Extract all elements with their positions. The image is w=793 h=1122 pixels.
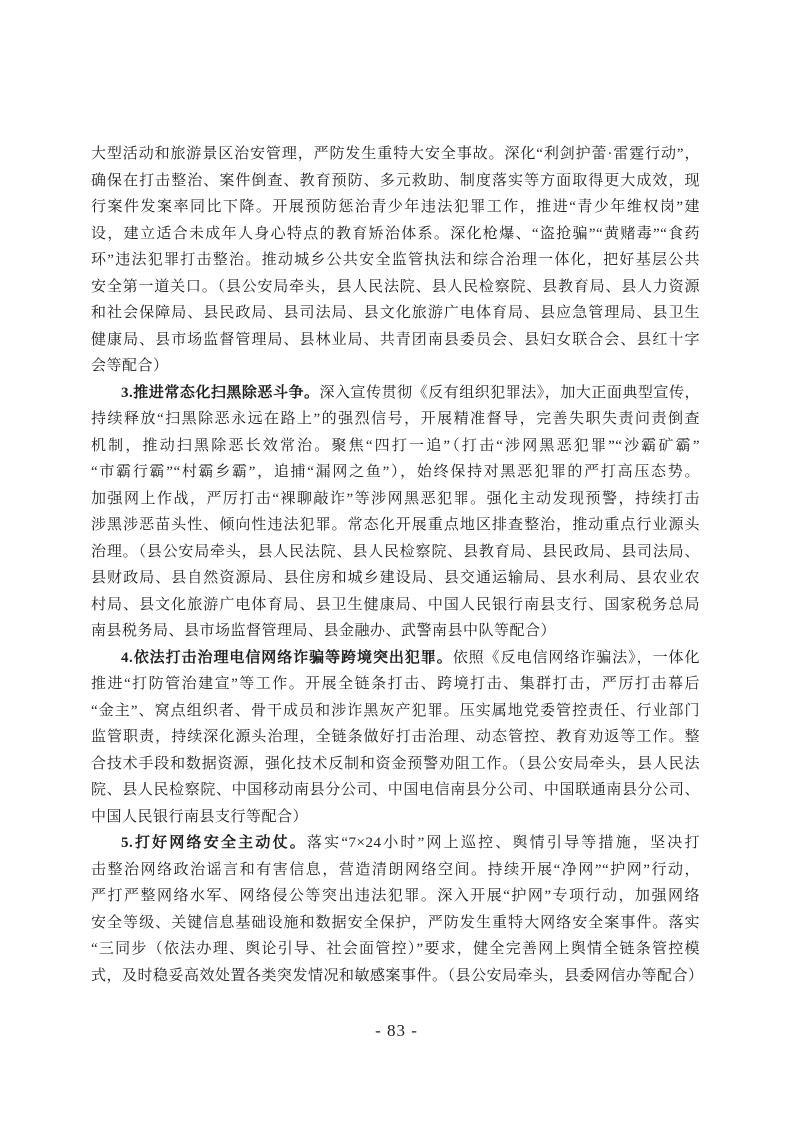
text-line: 严打严整网络水军、网络侵公等突出违法犯罪。深入开展“护网”专项行动，加强网络	[91, 883, 700, 910]
text-segment: 加强网上作战，严厉打击“裸聊敲诈”等涉网黑恶犯罪。强化主动发现预警，持续打击	[91, 491, 700, 507]
text-segment: “市霸行霸”“村霸乡霸”，追捕“漏网之鱼”），始终保持对黑恶犯罪的严打高压态势。	[91, 464, 700, 480]
text-line: 4.依法打击治理电信网络诈骗等跨境突出犯罪。依照《反电信网络诈骗法》，一体化	[91, 645, 700, 672]
text-segment: 合技术手段和数据资源，强化技术反制和资金预警劝阻工作。（县公安局牵头，县人民法	[91, 756, 700, 772]
text-line: 安全第一道关口。（县公安局牵头，县人民法院、县人民检察院、县教育局、县人力资源	[91, 274, 700, 301]
text-line: 和社会保障局、县民政局、县司法局、县文化旅游广电体育局、县应急管理局、县卫生	[91, 300, 700, 327]
text-segment: 持续释放“扫黑除恶永远在路上”的强烈信号，开展精准督导，完善失职失责问责倒查	[91, 411, 700, 427]
text-segment: 环”违法犯罪打击整治。推动城乡公共安全监管执法和综合治理一体化，把好基层公共	[91, 252, 700, 268]
text-line: 式，及时稳妥高效处置各类突发情况和敏感案事件。（县公安局牵头，县委网信办等配合）	[91, 963, 700, 990]
text-segment: 健康局、县市场监督管理局、县林业局、共青团南县委员会、县妇女联合会、县红十字	[91, 332, 700, 348]
text-segment: 严打严整网络水军、网络侵公等突出违法犯罪。深入开展“护网”专项行动，加强网络	[91, 888, 700, 904]
text-segment: 监管职责，持续深化源头治理，全链条做好打击治理、动态管控、教育劝返等工作。整	[91, 729, 700, 745]
text-line: 设，建立适合未成年人身心特点的教育矫治体系。深化枪爆、“盗抢骗”“黄赌毒”“食药	[91, 221, 700, 248]
text-segment: 确保在打击整治、案件倒查、教育预防、多元救助、制度落实等方面取得更大成效，现	[91, 173, 700, 189]
text-segment: “金主”、窝点组织者、骨干成员和涉诈黑灰产犯罪。压实属地党委管控责任、行业部门	[91, 703, 700, 719]
text-segment: 深入宣传贯彻《反有组织犯罪法》，加大正面典型宣传，	[320, 385, 700, 401]
text-segment: 会等配合）	[91, 358, 169, 374]
text-line: 机制，推动扫黑除恶长效常治。聚焦“四打一追”（打击“涉网黑恶犯罪”“沙霸矿霸”	[91, 433, 700, 460]
text-line: 3.推进常态化扫黑除恶斗争。深入宣传贯彻《反有组织犯罪法》，加大正面典型宣传，	[91, 380, 700, 407]
text-line: 加强网上作战，严厉打击“裸聊敲诈”等涉网黑恶犯罪。强化主动发现预警，持续打击	[91, 486, 700, 513]
text-line: 会等配合）	[91, 353, 700, 380]
text-segment: 机制，推动扫黑除恶长效常治。聚焦“四打一追”（打击“涉网黑恶犯罪”“沙霸矿霸”	[91, 438, 700, 454]
text-line: 安全等级、关键信息基础设施和数据安全保护，严防发生重特大网络安全案事件。落实	[91, 910, 700, 937]
text-segment: 涉黑涉恶苗头性、倾向性违法犯罪。常态化开展重点地区排查整治，推动重点行业源头	[91, 517, 700, 533]
text-segment: “三同步（依法办理、舆论引导、社会面管控）”要求，健全完善网上舆情全链条管控模	[91, 941, 700, 957]
text-segment: 南县税务局、县市场监督管理局、县金融办、武警南县中队等配合）	[91, 623, 556, 639]
text-line: 推进“打防管治建宣”等工作。开展全链条打击、跨境打击、集群打击，严厉打击幕后	[91, 671, 700, 698]
text-line: 5.打好网络安全主动仗。落实“7×24小时”网上巡控、舆情引导等措施，坚决打	[91, 830, 700, 857]
text-segment: 村局、县文化旅游广电体育局、县卫生健康局、中国人民银行南县支行、国家税务总局	[91, 597, 700, 613]
text-segment: 县财政局、县自然资源局、县住房和城乡建设局、县交通运输局、县水利局、县农业农	[91, 570, 700, 586]
text-segment: 和社会保障局、县民政局、县司法局、县文化旅游广电体育局、县应急管理局、县卫生	[91, 305, 700, 321]
text-line: 持续释放“扫黑除恶永远在路上”的强烈信号，开展精准督导，完善失职失责问责倒查	[91, 406, 700, 433]
text-segment: 依照《反电信网络诈骗法》，一体化	[453, 650, 700, 666]
text-line: 中国人民银行南县支行等配合）	[91, 804, 700, 831]
text-segment: 院、县人民检察院、中国移动南县分公司、中国电信南县分公司、中国联通南县分公司、	[91, 782, 700, 798]
text-segment: 安全等级、关键信息基础设施和数据安全保护，严防发生重特大网络安全案事件。落实	[91, 915, 700, 931]
text-line: 村局、县文化旅游广电体育局、县卫生健康局、中国人民银行南县支行、国家税务总局	[91, 592, 700, 619]
text-segment: 落实“7×24小时”网上巡控、舆情引导等措施，坚决打	[307, 835, 700, 851]
text-line: 健康局、县市场监督管理局、县林业局、共青团南县委员会、县妇女联合会、县红十字	[91, 327, 700, 354]
document-page: 大型活动和旅游景区治安管理，严防发生重特大安全事故。深化“利剑护蕾·雷霆行动”，…	[0, 0, 793, 1122]
text-segment: 设，建立适合未成年人身心特点的教育矫治体系。深化枪爆、“盗抢骗”“黄赌毒”“食药	[91, 226, 700, 242]
paragraph-heading: 3.推进常态化扫黑除恶斗争。	[121, 385, 320, 401]
text-segment: 击整治网络政治谣言和有害信息，营造清朗网络空间。持续开展“净网”“护网”行动，	[91, 862, 700, 878]
paragraph-heading: 5.打好网络安全主动仗。	[121, 835, 307, 851]
text-line: 合技术手段和数据资源，强化技术反制和资金预警劝阻工作。（县公安局牵头，县人民法	[91, 751, 700, 778]
paragraph-heading: 4.依法打击治理电信网络诈骗等跨境突出犯罪。	[121, 650, 453, 666]
text-line: 环”违法犯罪打击整治。推动城乡公共安全监管执法和综合治理一体化，把好基层公共	[91, 247, 700, 274]
text-line: “市霸行霸”“村霸乡霸”，追捕“漏网之鱼”），始终保持对黑恶犯罪的严打高压态势。	[91, 459, 700, 486]
document-body: 大型活动和旅游景区治安管理，严防发生重特大安全事故。深化“利剑护蕾·雷霆行动”，…	[91, 141, 700, 989]
text-line: 院、县人民检察院、中国移动南县分公司、中国电信南县分公司、中国联通南县分公司、	[91, 777, 700, 804]
text-line: 监管职责，持续深化源头治理，全链条做好打击治理、动态管控、教育劝返等工作。整	[91, 724, 700, 751]
text-segment: 推进“打防管治建宣”等工作。开展全链条打击、跨境打击、集群打击，严厉打击幕后	[91, 676, 700, 692]
text-segment: 安全第一道关口。（县公安局牵头，县人民法院、县人民检察院、县教育局、县人力资源	[91, 279, 700, 295]
text-segment: 中国人民银行南县支行等配合）	[91, 809, 308, 825]
text-line: 南县税务局、县市场监督管理局、县金融办、武警南县中队等配合）	[91, 618, 700, 645]
text-line: 行案件发案率同比下降。开展预防惩治青少年违法犯罪工作，推进“青少年维权岗”建	[91, 194, 700, 221]
text-segment: 行案件发案率同比下降。开展预防惩治青少年违法犯罪工作，推进“青少年维权岗”建	[91, 199, 700, 215]
page-number: - 83 -	[0, 1020, 793, 1042]
text-line: 击整治网络政治谣言和有害信息，营造清朗网络空间。持续开展“净网”“护网”行动，	[91, 857, 700, 884]
text-line: 县财政局、县自然资源局、县住房和城乡建设局、县交通运输局、县水利局、县农业农	[91, 565, 700, 592]
text-line: “金主”、窝点组织者、骨干成员和涉诈黑灰产犯罪。压实属地党委管控责任、行业部门	[91, 698, 700, 725]
text-line: 大型活动和旅游景区治安管理，严防发生重特大安全事故。深化“利剑护蕾·雷霆行动”，	[91, 141, 700, 168]
text-line: “三同步（依法办理、舆论引导、社会面管控）”要求，健全完善网上舆情全链条管控模	[91, 936, 700, 963]
text-line: 涉黑涉恶苗头性、倾向性违法犯罪。常态化开展重点地区排查整治，推动重点行业源头	[91, 512, 700, 539]
text-segment: 大型活动和旅游景区治安管理，严防发生重特大安全事故。深化“利剑护蕾·雷霆行动”，	[91, 146, 700, 162]
text-line: 治理。（县公安局牵头，县人民法院、县人民检察院、县教育局、县民政局、县司法局、	[91, 539, 700, 566]
text-segment: 治理。（县公安局牵头，县人民法院、县人民检察院、县教育局、县民政局、县司法局、	[91, 544, 700, 560]
text-segment: 式，及时稳妥高效处置各类突发情况和敏感案事件。（县公安局牵头，县委网信办等配合）	[91, 968, 700, 984]
text-line: 确保在打击整治、案件倒查、教育预防、多元救助、制度落实等方面取得更大成效，现	[91, 168, 700, 195]
